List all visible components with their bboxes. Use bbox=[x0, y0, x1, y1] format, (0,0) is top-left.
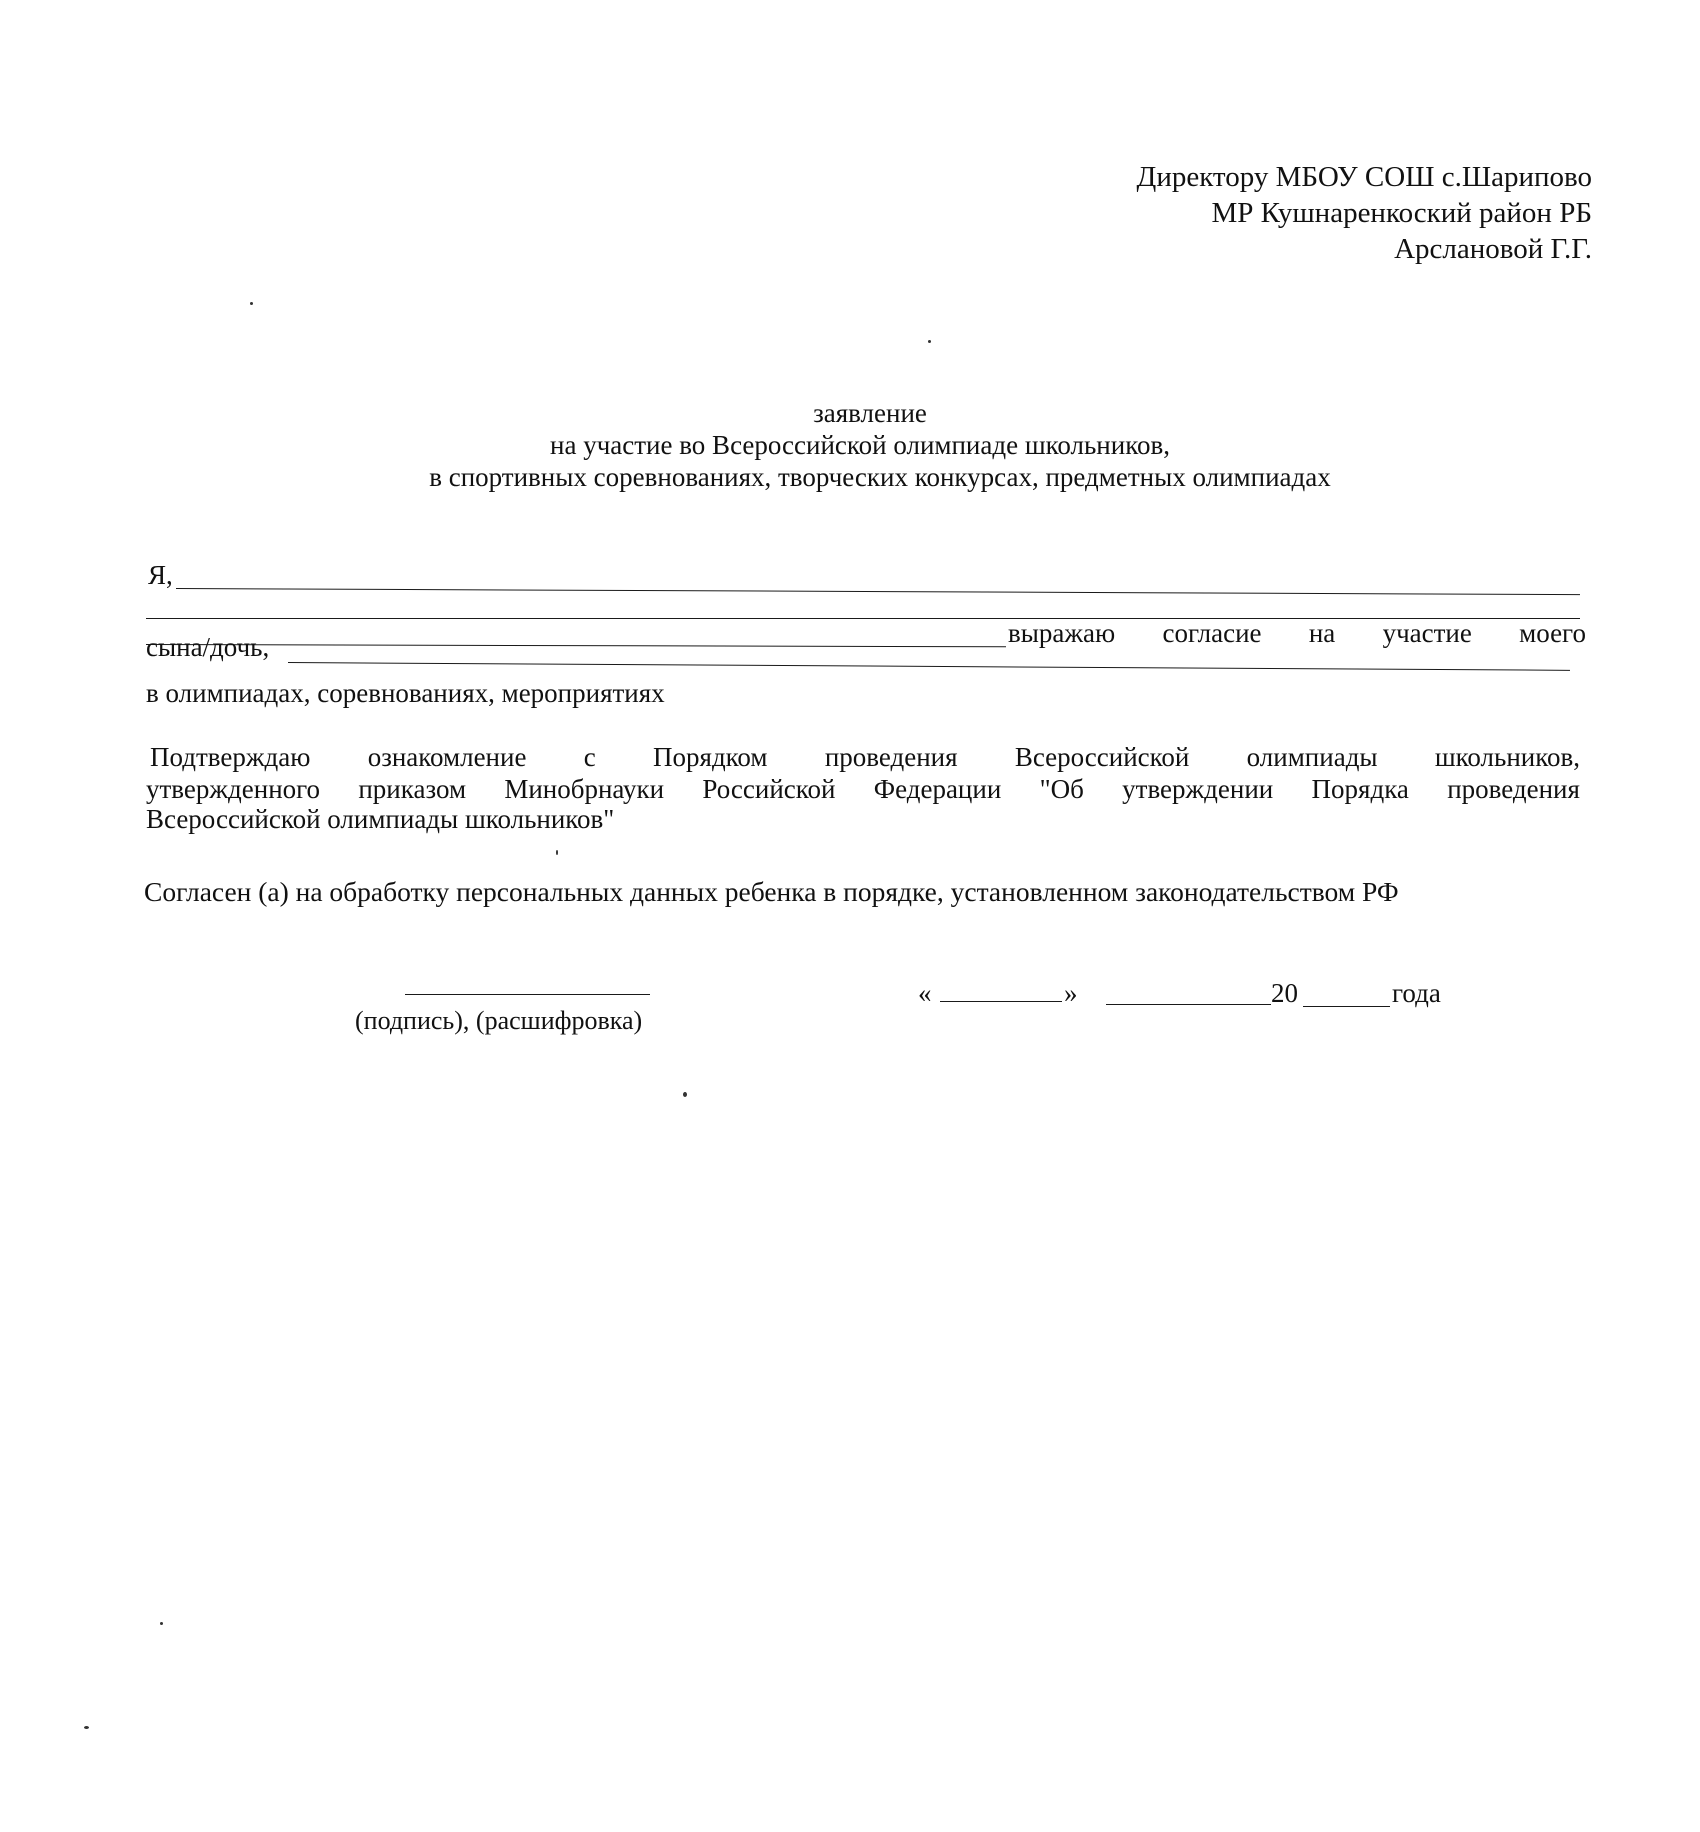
date-month-field[interactable] bbox=[1106, 1004, 1271, 1005]
word: "Об bbox=[1040, 774, 1084, 805]
word: Подтверждаю bbox=[150, 742, 310, 773]
word: Порядком bbox=[653, 742, 767, 773]
scan-speck bbox=[683, 1092, 687, 1097]
year-prefix: 20 bbox=[1271, 978, 1298, 1009]
scan-speck bbox=[250, 302, 253, 305]
word: школьников, bbox=[1435, 742, 1580, 773]
personal-data-consent: Согласен (а) на обработку персональных д… bbox=[144, 876, 1399, 908]
word: Федерации bbox=[874, 774, 1002, 805]
word: проведения bbox=[1447, 774, 1580, 805]
word: с bbox=[584, 742, 596, 773]
addressee-line-2: МР Кушнаренкоский район РБ bbox=[1212, 196, 1592, 230]
events-text: в олимпиадах, соревнованиях, мероприятия… bbox=[146, 678, 665, 709]
child-label: сына/дочь, bbox=[146, 632, 269, 663]
consent-word: моего bbox=[1519, 618, 1586, 649]
date-year-field[interactable] bbox=[1303, 1006, 1390, 1007]
signature-caption: (подпись), (расшифровка) bbox=[355, 1006, 642, 1036]
date-close-quote: » bbox=[1064, 978, 1078, 1009]
addressee-line-1: Директору МБОУ СОШ с.Шарипово bbox=[1137, 160, 1592, 194]
word: Российской bbox=[702, 774, 835, 805]
addressee-line-3: Арслановой Г.Г. bbox=[1394, 232, 1592, 266]
document-subtitle-2: в спортивных соревнованиях, творческих к… bbox=[0, 462, 1700, 493]
word: Порядка bbox=[1312, 774, 1409, 805]
consent-word: согласие bbox=[1162, 618, 1261, 649]
word: Минобрнауки bbox=[504, 774, 664, 805]
date-day-field[interactable] bbox=[940, 1001, 1062, 1002]
word: олимпиады bbox=[1247, 742, 1378, 773]
consent-word: выражаю bbox=[1008, 618, 1115, 649]
consent-phrase: выражаю согласие на участие моего bbox=[1008, 618, 1586, 649]
consent-word: на bbox=[1309, 618, 1335, 649]
word: ознакомление bbox=[368, 742, 527, 773]
word: утверждении bbox=[1122, 774, 1273, 805]
word: приказом bbox=[358, 774, 466, 805]
confirmation-line-3: Всероссийской олимпиады школьников" bbox=[146, 804, 614, 835]
scan-speck bbox=[928, 340, 931, 343]
word: Всероссийской bbox=[1015, 742, 1190, 773]
consent-word: участие bbox=[1383, 618, 1472, 649]
word: проведения bbox=[825, 742, 958, 773]
confirmation-line-1: Подтверждаю ознакомление с Порядком пров… bbox=[150, 742, 1580, 773]
scan-speck bbox=[160, 1622, 163, 1625]
document-title: заявление bbox=[0, 398, 1700, 429]
child-name-field[interactable] bbox=[288, 662, 1570, 671]
document-subtitle-1: на участие во Всероссийской олимпиаде шк… bbox=[0, 430, 1700, 461]
parent-name-field[interactable] bbox=[176, 588, 1580, 595]
scan-speck bbox=[556, 850, 558, 855]
word: утвержденного bbox=[146, 774, 320, 805]
i-label: Я, bbox=[148, 560, 173, 591]
date-open-quote: « bbox=[918, 978, 932, 1009]
scan-speck bbox=[84, 1726, 89, 1729]
parent-details-field[interactable] bbox=[146, 644, 1006, 647]
year-suffix: года bbox=[1392, 978, 1441, 1009]
signature-field[interactable] bbox=[405, 994, 650, 995]
confirmation-line-2: утвержденного приказом Минобрнауки Росси… bbox=[146, 774, 1580, 805]
